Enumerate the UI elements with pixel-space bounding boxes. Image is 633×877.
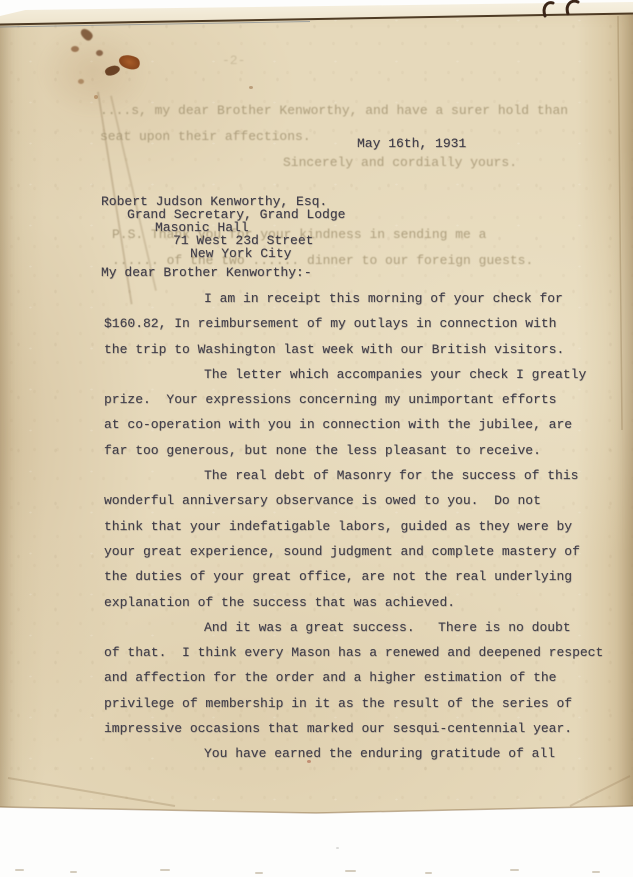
body-line: far too generous, but none the less plea… [104,438,629,463]
paper-bottom-edge-left [0,807,316,813]
body-line: You have earned the enduring gratitude o… [104,741,629,766]
scanbed-speck [345,870,356,872]
scanbed-speck [255,872,263,874]
ghost-page-number: -2- [222,54,245,68]
scanbed-speck [425,872,432,874]
body-line: privilege of membership in it as the res… [104,691,629,716]
body-line: impressive occasions that marked our ses… [104,716,629,741]
bottom-right-crease [570,776,630,806]
scanbed-speck [336,847,339,849]
body-line: $160.82, In reimbursement of my outlays … [104,311,629,336]
recipient-city: New York City [190,247,291,260]
scanbed-speck [70,871,77,873]
body-line: and affection for the order and a higher… [104,665,629,690]
body-line: And it was a great success. There is no … [104,615,629,640]
paper-bottom-edge-right [316,806,633,813]
foxing-stain [96,50,103,56]
foxing-stain [78,79,84,84]
pen-mark-icon [567,1,578,14]
body-line: The letter which accompanies your check … [104,362,629,387]
foxing-stain [249,86,253,89]
scanbed-speck [592,871,600,873]
body-line: the trip to Washington last week with ou… [104,337,629,362]
ghost-text-line: seat upon their affections. [100,130,311,144]
salutation: My dear Brother Kenworthy:- [101,266,312,279]
scanbed-speck [160,869,170,871]
scanned-letter: -2- ....s, my dear Brother Kenworthy, an… [0,0,633,877]
ghost-text-line: ....s, my dear Brother Kenworthy, and ha… [100,104,568,118]
body-line: explanation of the success that was achi… [104,590,629,615]
body-line: I am in receipt this morning of your che… [104,286,629,311]
body-line: prize. Your expressions concerning my un… [104,387,629,412]
paper-top-edge [0,14,633,25]
body-line: wonderful anniversary observance is owed… [104,488,629,513]
body-line: the duties of your great office, are not… [104,564,629,589]
ghost-text-line: Sincerely and cordially yours. [283,156,517,170]
letter-body: I am in receipt this morning of your che… [104,286,629,767]
foxing-stain [71,46,79,52]
body-line: think that your indefatigable labors, gu… [104,514,629,539]
body-line: The real debt of Masonry for the success… [104,463,629,488]
scanbed-speck [15,869,24,871]
scanbed-speck [510,869,519,871]
date-line: May 16th, 1931 [357,137,466,150]
body-line: of that. I think every Mason has a renew… [104,640,629,665]
body-line: your great experience, sound judgment an… [104,539,629,564]
body-line: at co-operation with you in connection w… [104,412,629,437]
bottom-left-crease [8,778,175,806]
